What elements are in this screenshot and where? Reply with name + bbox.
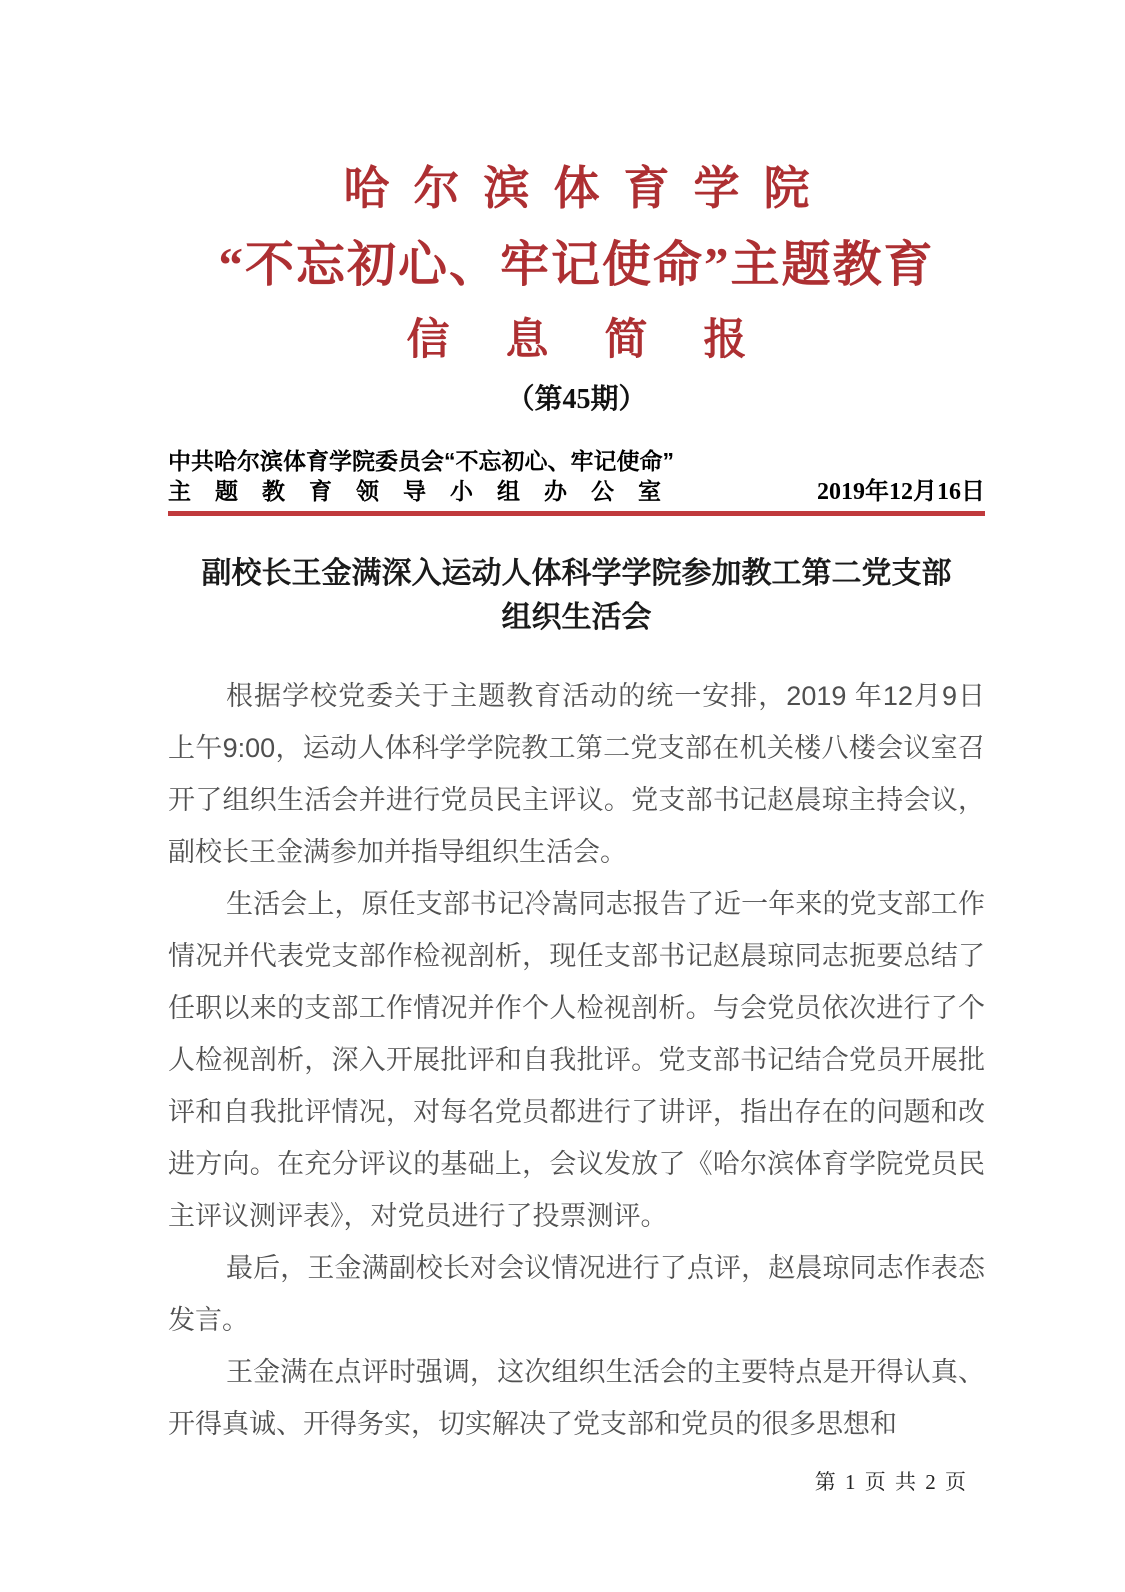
issue-date: 2019年12月16日 — [817, 477, 985, 507]
masthead: 哈尔滨体育学院 “不忘初心、牢记使命”主题教育 信息简报 （第45期） — [168, 166, 985, 414]
issuer-block: 中共哈尔滨体育学院委员会“不忘初心、牢记使命” 主题教育领导小组办公室 2019… — [168, 446, 985, 516]
bulletin-title: 信息简报 — [168, 319, 985, 362]
theme-education-title: “不忘初心、牢记使命”主题教育 — [168, 240, 985, 289]
issuer-office-row: 主题教育领导小组办公室 2019年12月16日 — [168, 476, 985, 507]
article-title: 副校长王金满深入运动人体科学学院参加教工第二党支部组织生活会 — [192, 552, 962, 640]
paragraph: 生活会上，原任支部书记冷嵩同志报告了近一年来的党支部工作情况并代表党支部作检视剖… — [168, 878, 985, 1242]
red-divider-rule — [168, 511, 985, 516]
paragraph: 王金满在点评时强调，这次组织生活会的主要特点是开得认真、开得真诚、开得务实，切实… — [168, 1346, 985, 1450]
document-page: 哈尔滨体育学院 “不忘初心、牢记使命”主题教育 信息简报 （第45期） 中共哈尔… — [0, 0, 1125, 1450]
page-number-indicator: 第 1 页 共 2 页 — [815, 1466, 968, 1496]
paragraph: 根据学校党委关于主题教育活动的统一安排，2019 年12月9日上午9:00，运动… — [168, 670, 985, 878]
paragraph: 最后，王金满副校长对会议情况进行了点评，赵晨琼同志作表态发言。 — [168, 1242, 985, 1346]
issue-number: （第45期） — [168, 386, 985, 414]
issuing-committee: 中共哈尔滨体育学院委员会“不忘初心、牢记使命” — [168, 446, 985, 476]
issuing-office: 主题教育领导小组办公室 — [168, 476, 685, 506]
organization-title: 哈尔滨体育学院 — [168, 166, 985, 212]
article-body: 根据学校党委关于主题教育活动的统一安排，2019 年12月9日上午9:00，运动… — [168, 670, 985, 1450]
